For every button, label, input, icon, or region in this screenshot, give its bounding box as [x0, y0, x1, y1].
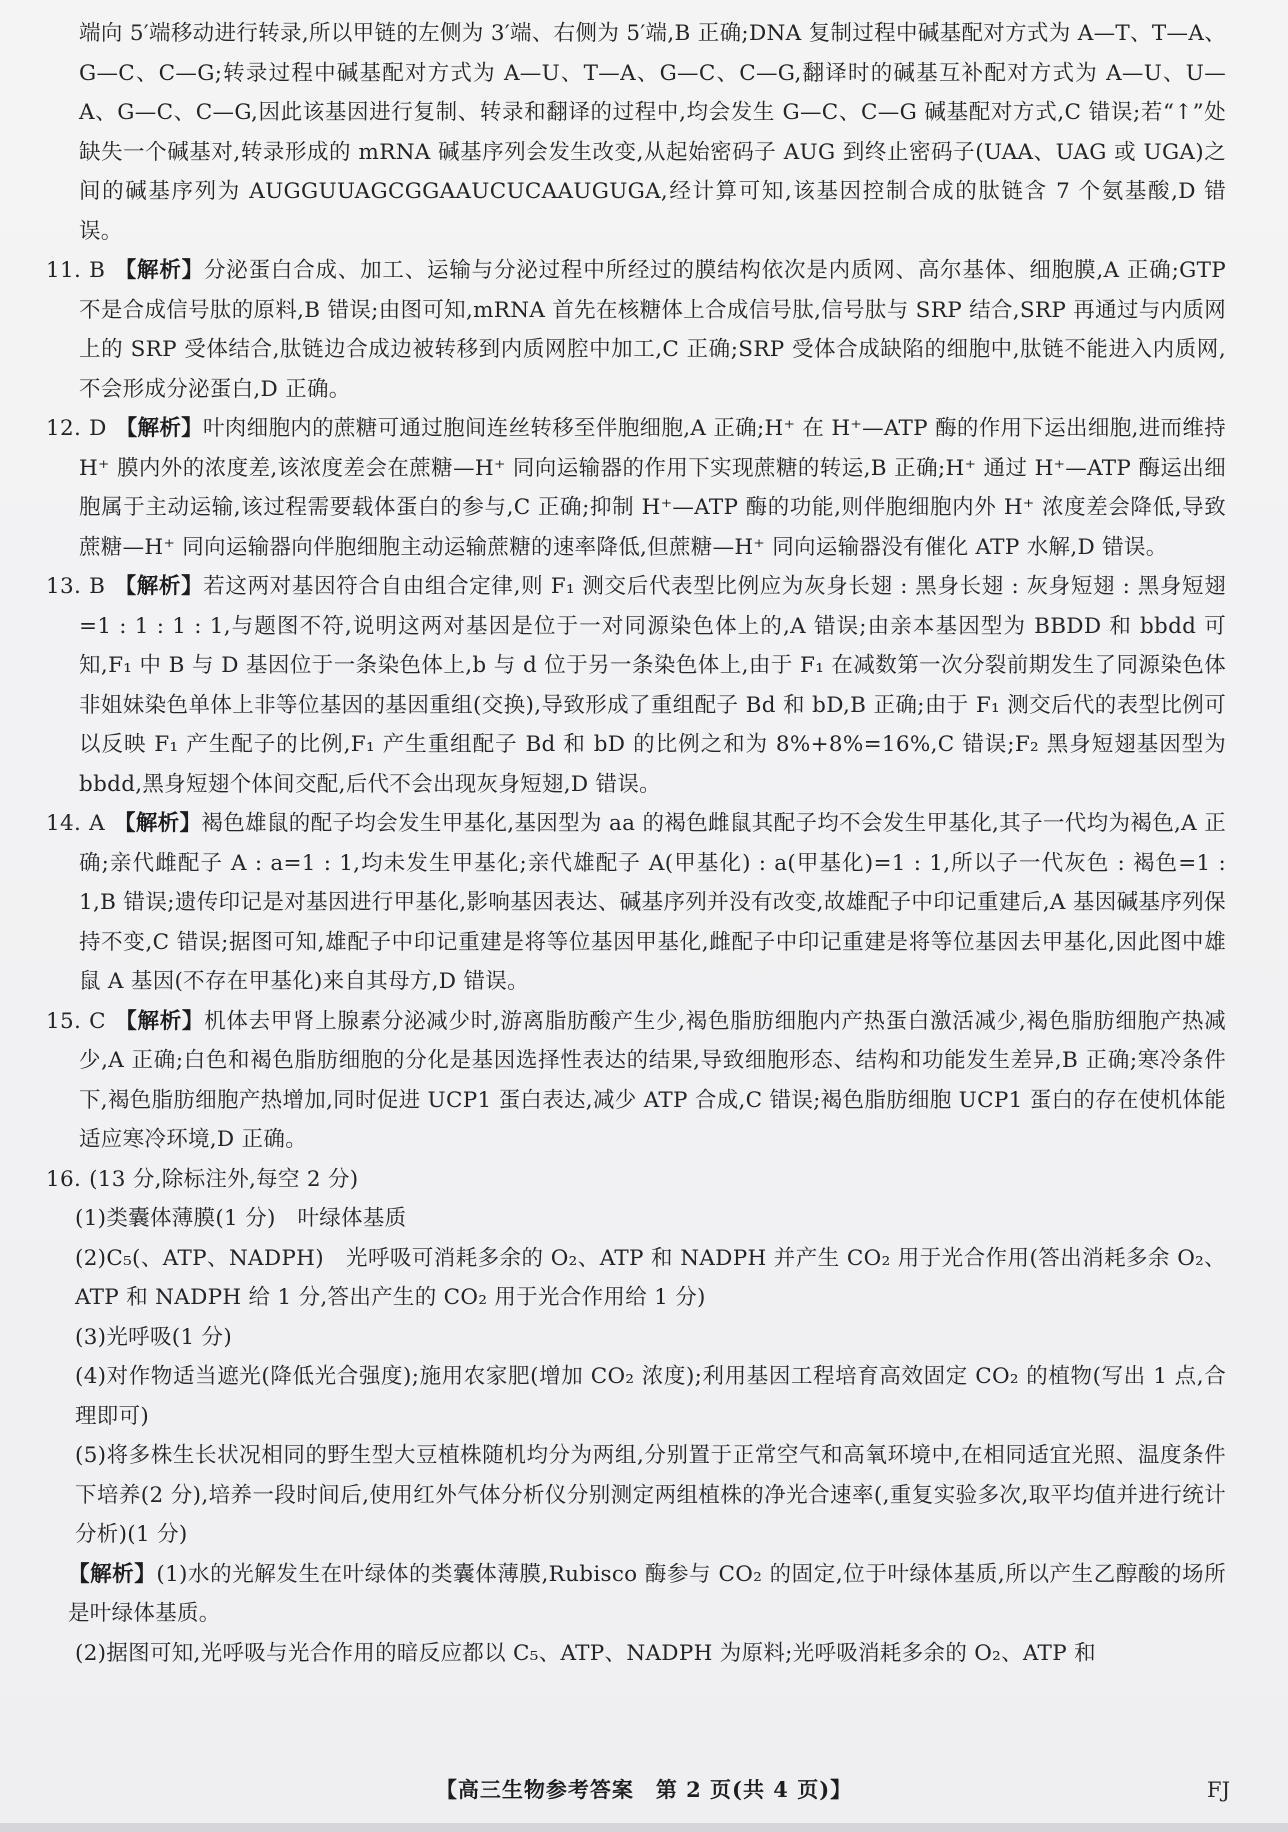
question-16: 16.(13 分,除标注外,每空 2 分) (1)类囊体薄膜(1 分) 叶绿体基…	[46, 1160, 1226, 1674]
q16-analysis-1: 【解析】(1)水的光解发生在叶绿体的类囊体薄膜,Rubisco 酶参与 CO₂ …	[46, 1555, 1226, 1634]
paragraph-continuation: 端向 5′端移动进行转录,所以甲链的左侧为 3′端、右侧为 5′端,B 正确;D…	[46, 14, 1226, 251]
answer-letter: B	[89, 258, 105, 283]
q16-part-5: (5)将多株生长状况相同的野生型大豆植株随机均分为两组,分别置于正常空气和高氧环…	[46, 1436, 1226, 1555]
analysis-label: 【解析】	[114, 811, 201, 836]
answer-sheet-content: 端向 5′端移动进行转录,所以甲链的左侧为 3′端、右侧为 5′端,B 正确;D…	[0, 0, 1288, 1673]
item-number: 16.	[46, 1167, 81, 1192]
q16-header: 16.(13 分,除标注外,每空 2 分)	[46, 1160, 1226, 1200]
footer-code: FJ	[1207, 1770, 1230, 1810]
answer-text: 若这两对基因符合自由组合定律,则 F₁ 测交后代表型比例应为灰身长翅 : 黑身长…	[79, 574, 1226, 797]
item-number: 13.	[46, 574, 81, 599]
q16-analysis-2: (2)据图可知,光呼吸与光合作用的暗反应都以 C₅、ATP、NADPH 为原料;…	[46, 1634, 1226, 1674]
answer-text: 叶肉细胞内的蔗糖可通过胞间连丝转移至伴胞细胞,A 正确;H⁺ 在 H⁺—ATP …	[79, 416, 1226, 560]
page-footer: 【高三生物参考答案 第 2 页(共 4 页)】 FJ	[0, 1770, 1288, 1810]
analysis-label: 【解析】	[116, 416, 203, 441]
analysis-label: 【解析】	[114, 574, 203, 599]
q16-analysis-text: (1)水的光解发生在叶绿体的类囊体薄膜,Rubisco 酶参与 CO₂ 的固定,…	[68, 1562, 1226, 1627]
footer-title: 【高三生物参考答案 第 2 页(共 4 页)】	[0, 1770, 1288, 1810]
item-number: 14.	[46, 811, 81, 836]
answer-item-15: 15.C【解析】机体去甲肾上腺素分泌减少时,游离脂肪酸产生少,褐色脂肪细胞内产热…	[46, 1002, 1226, 1160]
answer-letter: C	[89, 1009, 106, 1034]
item-number: 11.	[46, 258, 81, 283]
scan-bottom-edge	[0, 1823, 1288, 1832]
scanned-answer-page: { "content": { "continuation": "端向 5′端移动…	[0, 0, 1288, 1832]
q16-points-note: (13 分,除标注外,每空 2 分)	[89, 1167, 358, 1192]
analysis-label: 【解析】	[114, 258, 204, 283]
answer-letter: D	[89, 416, 107, 441]
answer-item-14: 14.A【解析】褐色雄鼠的配子均会发生甲基化,基因型为 aa 的褐色雌鼠其配子均…	[46, 804, 1226, 1002]
analysis-label: 【解析】	[115, 1009, 204, 1034]
answer-text: 褐色雄鼠的配子均会发生甲基化,基因型为 aa 的褐色雌鼠其配子均不会发生甲基化,…	[79, 811, 1226, 994]
answer-letter: A	[89, 811, 105, 836]
answer-letter: B	[89, 574, 105, 599]
q16-part-1: (1)类囊体薄膜(1 分) 叶绿体基质	[46, 1199, 1226, 1239]
item-number: 12.	[46, 416, 81, 441]
answer-item-11: 11.B【解析】分泌蛋白合成、加工、运输与分泌过程中所经过的膜结构依次是内质网、…	[46, 251, 1226, 409]
answer-item-12: 12.D【解析】叶肉细胞内的蔗糖可通过胞间连丝转移至伴胞细胞,A 正确;H⁺ 在…	[46, 409, 1226, 567]
q16-part-3: (3)光呼吸(1 分)	[46, 1318, 1226, 1358]
analysis-label: 【解析】	[68, 1562, 156, 1587]
item-number: 15.	[46, 1009, 81, 1034]
answer-text: 机体去甲肾上腺素分泌减少时,游离脂肪酸产生少,褐色脂肪细胞内产热蛋白激活减少,褐…	[79, 1009, 1226, 1153]
q16-part-2: (2)C₅(、ATP、NADPH) 光呼吸可消耗多余的 O₂、ATP 和 NAD…	[46, 1239, 1226, 1318]
answer-item-13: 13.B【解析】若这两对基因符合自由组合定律,则 F₁ 测交后代表型比例应为灰身…	[46, 567, 1226, 804]
answer-text: 分泌蛋白合成、加工、运输与分泌过程中所经过的膜结构依次是内质网、高尔基体、细胞膜…	[79, 258, 1226, 402]
q16-part-4: (4)对作物适当遮光(降低光合强度);施用农家肥(增加 CO₂ 浓度);利用基因…	[46, 1357, 1226, 1436]
